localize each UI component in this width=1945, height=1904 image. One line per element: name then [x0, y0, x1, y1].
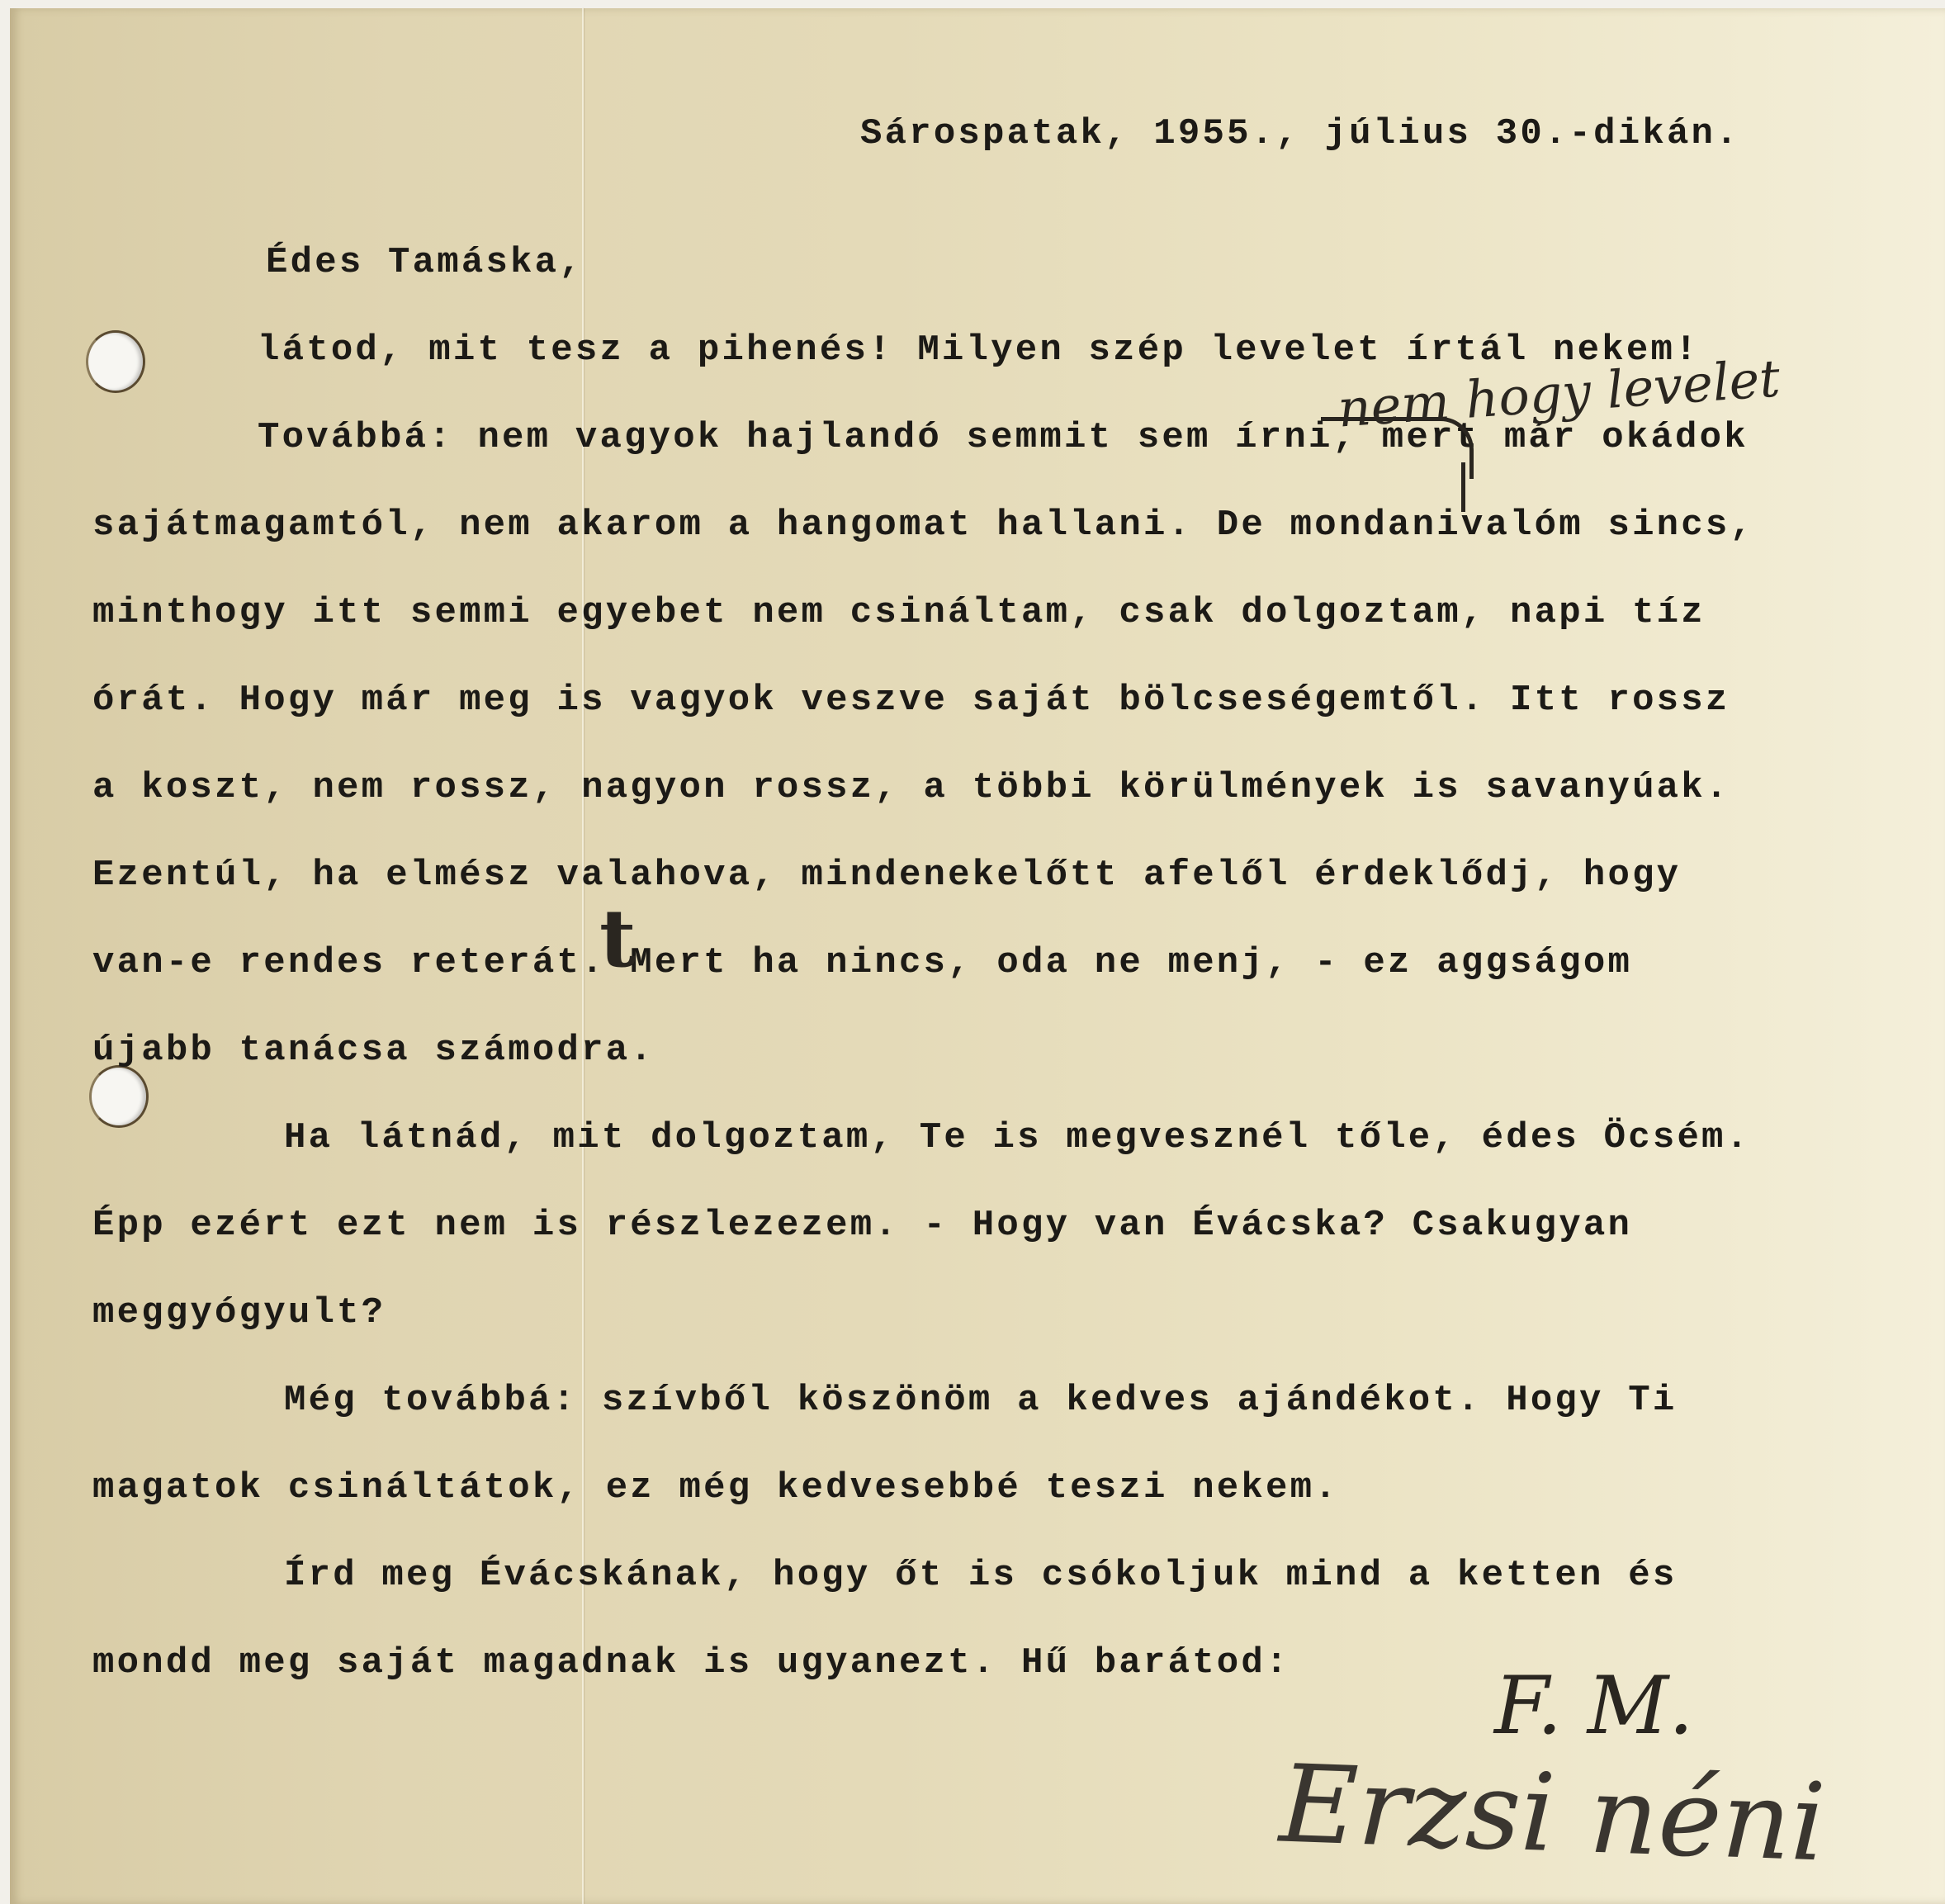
letter-line-14: magatok csináltátok, ez még kedvesebbé t… [92, 1470, 1339, 1506]
letter-line-7: Ezentúl, ha elmész valahova, mindenekelő… [92, 857, 1681, 893]
insertion-mark [1321, 417, 1474, 479]
letter-line-8: van-e rendes reterát. Mert ha nincs, oda… [92, 945, 1632, 981]
letter-line-11: Épp ezért ezt nem is részlezezem. - Hogy… [92, 1207, 1632, 1243]
letter-line-15: Írd meg Évácskának, hogy őt is csókoljuk… [284, 1557, 1677, 1594]
insertion-caret [1461, 462, 1465, 512]
letter-line-6: a koszt, nem rossz, nagyon rossz, a több… [92, 770, 1730, 806]
handwritten-correction: t [599, 892, 636, 985]
letter-line-16: mondd meg saját magadnak is ugyanezt. Hű… [92, 1645, 1290, 1681]
letter-line-5: órát. Hogy már meg is vagyok veszve sajá… [92, 682, 1730, 718]
salutation: Édes Tamáska, [266, 244, 584, 281]
punch-hole-top [86, 330, 145, 393]
letter-line-1: látod, mit tesz a pihenés! Milyen szép l… [258, 332, 1700, 368]
signature-second: Erzsi néni [1278, 1741, 1828, 1886]
letter-line-13: Még továbbá: szívből köszönöm a kedves a… [284, 1382, 1677, 1419]
letter-line-3: sajátmagamtól, nem akarom a hangomat hal… [92, 507, 1754, 543]
letter-line-10: Ha látnád, mit dolgoztam, Te is megveszn… [284, 1120, 1750, 1156]
letter-line-9: újabb tanácsa számodra. [92, 1032, 655, 1068]
letter-line-12: meggyógyult? [92, 1295, 386, 1331]
punch-hole-bottom [89, 1065, 149, 1128]
signature-initials: F. M. [1494, 1660, 1694, 1752]
letter-line-4: minthogy itt semmi egyebet nem csináltam… [92, 594, 1706, 631]
place-date: Sárospatak, 1955., július 30.-dikán. [860, 116, 1740, 152]
